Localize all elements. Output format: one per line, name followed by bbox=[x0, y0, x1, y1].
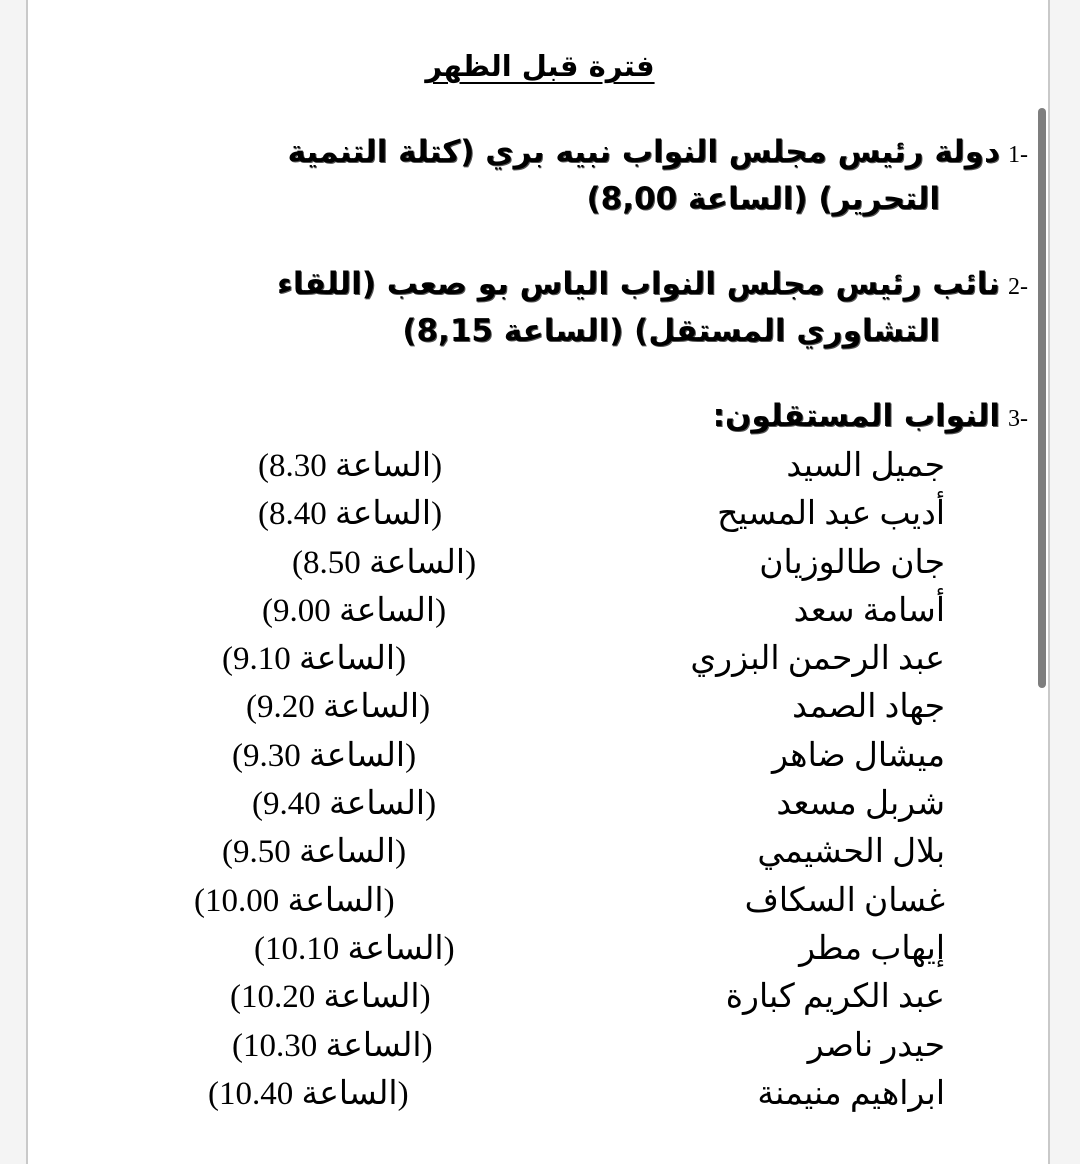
mp-time-slot: (الساعة 8.50) bbox=[292, 543, 476, 583]
table-row: عبد الكريم كبارة(الساعة 10.20) bbox=[45, 977, 945, 1025]
mp-time-slot: (الساعة 10.10) bbox=[254, 929, 455, 969]
table-row: جميل السيد(الساعة 8.30) bbox=[45, 446, 945, 494]
mp-time-slot: (الساعة 10.40) bbox=[208, 1074, 409, 1114]
mp-name: جان طالوزيان bbox=[759, 543, 945, 583]
mp-time-slot: (الساعة 9.50) bbox=[222, 832, 406, 872]
mp-name: إيهاب مطر bbox=[799, 929, 945, 969]
page-title: فترة قبل الظهر bbox=[0, 46, 1080, 86]
mp-name: شربل مسعد bbox=[776, 784, 945, 824]
table-row: إيهاب مطر(الساعة 10.10) bbox=[45, 929, 945, 977]
table-row: أسامة سعد(الساعة 9.00) bbox=[45, 591, 945, 639]
mp-time-slot: (الساعة 9.30) bbox=[232, 736, 416, 776]
document-content: فترة قبل الظهر -1دولة رئيس مجلس النواب ن… bbox=[0, 0, 1080, 1164]
list-item-speaker: -1دولة رئيس مجلس النواب نبيه بري (كتلة ا… bbox=[108, 130, 1028, 221]
mp-name: عبد الكريم كبارة bbox=[726, 977, 945, 1017]
mp-time-slot: (الساعة 10.30) bbox=[232, 1026, 433, 1066]
mp-name: حيدر ناصر bbox=[808, 1026, 945, 1066]
item-number: -2 bbox=[1008, 274, 1028, 300]
mp-name: غسان السكاف bbox=[745, 881, 945, 921]
item-line-2: التحرير) (الساعة 8,00) bbox=[108, 177, 1028, 221]
item-number: -3 bbox=[1008, 406, 1028, 432]
table-row: بلال الحشيمي(الساعة 9.50) bbox=[45, 832, 945, 880]
item-line-2: التشاوري المستقل) (الساعة 8,15) bbox=[108, 309, 1028, 353]
mp-name: عبد الرحمن البزري bbox=[690, 639, 945, 679]
independent-mps-list: جميل السيد(الساعة 8.30)أديب عبد المسيح(ا… bbox=[45, 446, 945, 1122]
mp-time-slot: (الساعة 8.40) bbox=[258, 494, 442, 534]
item-line-1: دولة رئيس مجلس النواب نبيه بري (كتلة الت… bbox=[288, 134, 1000, 170]
table-row: أديب عبد المسيح(الساعة 8.40) bbox=[45, 494, 945, 542]
list-item-deputy-speaker: -2نائب رئيس مجلس النواب الياس بو صعب (ال… bbox=[108, 262, 1028, 353]
mp-name: جميل السيد bbox=[786, 446, 945, 486]
mp-name: أديب عبد المسيح bbox=[717, 494, 945, 534]
table-row: غسان السكاف(الساعة 10.00) bbox=[45, 881, 945, 929]
item-line-1: النواب المستقلون: bbox=[713, 398, 1000, 434]
mp-name: جهاد الصمد bbox=[792, 687, 945, 727]
table-row: جان طالوزيان(الساعة 8.50) bbox=[45, 543, 945, 591]
mp-time-slot: (الساعة 9.00) bbox=[262, 591, 446, 631]
mp-name: أسامة سعد bbox=[794, 591, 945, 631]
item-number: -1 bbox=[1008, 142, 1028, 168]
mp-time-slot: (الساعة 8.30) bbox=[258, 446, 442, 486]
document-viewer: فترة قبل الظهر -1دولة رئيس مجلس النواب ن… bbox=[0, 0, 1080, 1164]
table-row: ميشال ضاهر(الساعة 9.30) bbox=[45, 736, 945, 784]
list-item-independent-mps-heading: -3النواب المستقلون: bbox=[108, 394, 1028, 441]
table-row: جهاد الصمد(الساعة 9.20) bbox=[45, 687, 945, 735]
page-title-text: فترة قبل الظهر bbox=[425, 49, 654, 83]
mp-time-slot: (الساعة 10.00) bbox=[194, 881, 395, 921]
item-line-1: نائب رئيس مجلس النواب الياس بو صعب (اللق… bbox=[277, 266, 1000, 302]
mp-name: بلال الحشيمي bbox=[757, 832, 945, 872]
mp-time-slot: (الساعة 9.10) bbox=[222, 639, 406, 679]
table-row: ابراهيم منيمنة(الساعة 10.40) bbox=[45, 1074, 945, 1122]
vertical-scrollbar-thumb[interactable] bbox=[1038, 108, 1046, 688]
table-row: شربل مسعد(الساعة 9.40) bbox=[45, 784, 945, 832]
mp-name: ميشال ضاهر bbox=[772, 736, 945, 776]
mp-time-slot: (الساعة 9.20) bbox=[246, 687, 430, 727]
mp-time-slot: (الساعة 10.20) bbox=[230, 977, 431, 1017]
table-row: حيدر ناصر(الساعة 10.30) bbox=[45, 1026, 945, 1074]
mp-time-slot: (الساعة 9.40) bbox=[252, 784, 436, 824]
table-row: عبد الرحمن البزري(الساعة 9.10) bbox=[45, 639, 945, 687]
mp-name: ابراهيم منيمنة bbox=[757, 1074, 945, 1114]
